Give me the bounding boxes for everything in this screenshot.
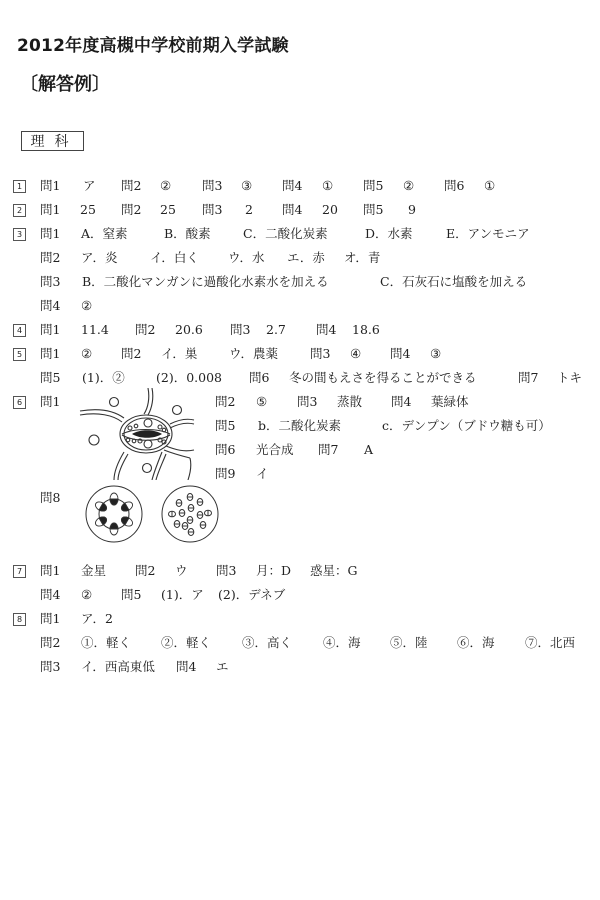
answer: ③．高く [242,633,292,653]
question-label: 問4 [390,344,410,364]
section-number-5: 5 [13,348,26,361]
answer: 葉緑体 [431,392,469,412]
section-number-1: 1 [13,180,26,193]
answer: E．アンモニア [446,224,530,244]
answer: ⑤．陸 [390,633,428,653]
vascular-bundle-ring-diagram [84,484,144,544]
question-label: 問5 [215,416,235,436]
answer: B．二酸化マンガンに過酸化水素水を加える [82,272,329,292]
answer: ③ [430,344,441,364]
question-label: 問7 [318,440,338,460]
answer: 蒸散 [337,392,362,412]
question-label: 問2 [121,176,141,196]
question-label: 問3 [297,392,317,412]
question-label: 問2 [40,633,60,653]
answer: C．石灰石に塩酸を加える [380,272,527,292]
answer: イ．西高東低 [81,657,155,677]
question-label: 問5 [363,200,383,220]
answer: 2.7 [266,320,286,340]
question-label: 問2 [121,344,141,364]
answer: ⑥．海 [457,633,495,653]
question-label: 問2 [135,320,155,340]
answer: (2)．0.008 [156,368,222,388]
answer: ②．軽く [161,633,211,653]
question-label: 問6 [444,176,464,196]
answer: 20 [322,200,338,220]
question-label: 問4 [391,392,411,412]
section-number-4: 4 [13,324,26,337]
answer: ② [81,585,92,605]
question-label: 問6 [215,440,235,460]
question-label: 問4 [176,657,196,677]
question-label: 問3 [202,200,222,220]
answer: ② [81,344,92,364]
answer: ⑤ [256,392,267,412]
answer: ① [322,176,333,196]
question-label: 問4 [316,320,336,340]
section-number-3: 3 [13,228,26,241]
document-title: 2012年度高槻中学校前期入学試験 [17,31,289,56]
answer: 冬の間もえさを得ることができる [289,368,477,388]
question-label: 問3 [216,561,236,581]
answer: イ．白く [150,248,199,268]
question-label: 問3 [230,320,250,340]
question-label: 問1 [40,176,60,196]
answer: ア．炎 [81,248,118,268]
answer: 光合成 [256,440,294,460]
answer: (1)．② [82,368,125,388]
question-label: 問1 [40,344,60,364]
question-label: 問1 [40,320,60,340]
answer: トキ [557,368,582,388]
answer: D．水素 [365,224,413,244]
answer: ウ．農薬 [229,344,278,364]
answer: (1)．ア [161,585,204,605]
answer: 20.6 [175,320,203,340]
question-label: 問3 [40,272,60,292]
answer: 25 [160,200,176,220]
answer: ウ [175,561,188,581]
answer: エ [216,657,229,677]
answer: イ [256,464,269,484]
question-label: 問8 [40,488,60,508]
answer: 惑星：G [310,561,358,581]
answer: 25 [80,200,96,220]
answer: ④ [350,344,361,364]
question-label: 問5 [40,368,60,388]
answer: ウ．水 [228,248,265,268]
question-label: 問3 [40,657,60,677]
answer: ①．軽く [81,633,131,653]
section-number-2: 2 [13,204,26,217]
question-label: 問7 [518,368,538,388]
vascular-bundle-scattered-diagram [160,484,220,544]
answer: ア．2 [81,609,113,629]
question-label: 問9 [215,464,235,484]
answer: ① [484,176,495,196]
answer: エ．赤 [287,248,325,268]
answer: オ．青 [344,248,380,268]
answer: ③ [241,176,252,196]
answer: ② [81,296,92,316]
answer: B．酸素 [164,224,211,244]
question-label: 問1 [40,392,60,412]
question-label: 問4 [282,176,302,196]
answer: 11.4 [81,320,109,340]
answer: イ．巣 [161,344,197,364]
question-label: 問5 [363,176,383,196]
question-label: 問2 [135,561,155,581]
answer: 2 [245,200,253,220]
question-label: 問1 [40,200,60,220]
answer: (2)．デネブ [218,585,285,605]
answer: A [364,440,373,460]
question-label: 問3 [202,176,222,196]
answer: b．二酸化炭素 [258,416,341,436]
subject-label: 理科 [21,131,84,151]
section-number-7: 7 [13,565,26,578]
answer: ⑦．北西 [525,633,575,653]
answer: C．二酸化炭素 [243,224,328,244]
question-label: 問4 [40,585,60,605]
question-label: 問2 [121,200,141,220]
answer: ④．海 [323,633,361,653]
question-label: 問2 [40,248,60,268]
answer: 9 [408,200,416,220]
answer: c．デンプン（ブドウ糖も可） [382,416,551,436]
question-label: 問2 [215,392,235,412]
answer: 金星 [81,561,106,581]
question-label: 問5 [121,585,141,605]
answer: ア [83,176,96,196]
question-label: 問4 [40,296,60,316]
section-number-6: 6 [13,396,26,409]
answer: ② [160,176,171,196]
answer: ② [403,176,414,196]
answer: 月：D [256,561,291,581]
answer: A．窒素 [81,224,128,244]
answer: 18.6 [352,320,380,340]
question-label: 問1 [40,561,60,581]
section-number-8: 8 [13,613,26,626]
question-label: 問1 [40,224,60,244]
question-label: 問1 [40,609,60,629]
question-label: 問3 [310,344,330,364]
question-label: 問4 [282,200,302,220]
question-label: 問6 [249,368,269,388]
document-subtitle: 〔解答例〕 [20,70,110,96]
stomata-diagram [78,388,196,480]
